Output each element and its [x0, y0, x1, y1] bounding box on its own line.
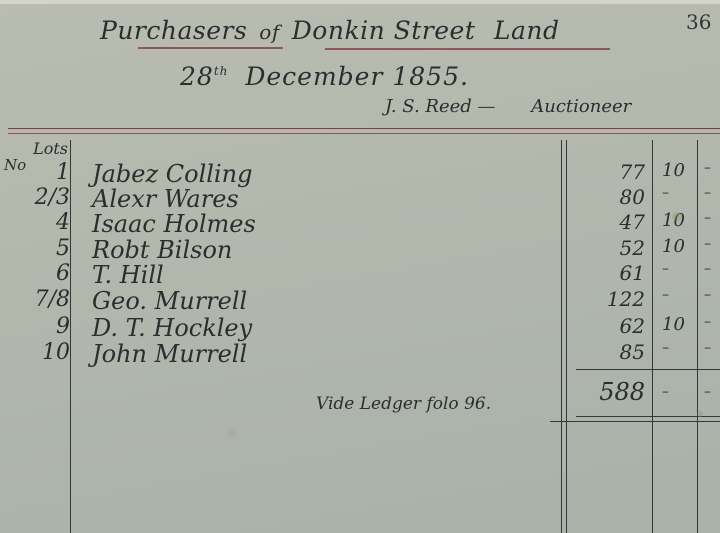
ledger-reference-note: Vide Ledger folo 96. — [316, 394, 491, 414]
purchaser-name: John Murrell — [92, 340, 247, 368]
amount-pounds: 77 — [620, 160, 645, 184]
purchaser-name: Alexr Wares — [92, 185, 239, 213]
title-word-purchasers: Purchasers — [100, 16, 247, 45]
purchase-row: 7/8 Geo. Murrell 122 – – — [0, 287, 720, 313]
purchaser-name: T. Hill — [92, 261, 164, 289]
amount-pence: – — [704, 185, 711, 201]
header-rule-bottom — [8, 133, 720, 134]
purchaser-name: Geo. Murrell — [92, 287, 247, 315]
auctioneer-name: J. S. Reed — [385, 96, 472, 117]
lot-number: 2/3 — [35, 185, 70, 210]
title-word-of: of — [259, 20, 279, 44]
lot-number: 4 — [56, 210, 70, 235]
amount-pounds: 80 — [620, 185, 645, 209]
amount-shillings: 10 — [662, 314, 685, 335]
paper-stain — [672, 212, 682, 221]
amount-pounds: 85 — [620, 340, 645, 364]
purchaser-name: Isaac Holmes — [92, 210, 256, 238]
paper-stain — [228, 430, 236, 437]
title-word-street: Donkin Street — [292, 16, 476, 45]
purchase-row: 10 John Murrell 85 – – — [0, 340, 720, 366]
amount-pence: – — [704, 210, 711, 226]
auctioneer-line: J. S. Reed — Auctioneer — [385, 96, 631, 117]
purchaser-name: D. T. Hockley — [92, 314, 252, 342]
amount-pence: – — [704, 314, 711, 330]
amount-pounds: 61 — [620, 261, 645, 285]
total-pence: – — [704, 384, 711, 400]
sum-rule — [576, 369, 720, 370]
purchase-row: 5 Robt Bilson 52 10 – — [0, 236, 720, 262]
purchase-row: 4 Isaac Holmes 47 10 – — [0, 210, 720, 236]
total-shillings: – — [662, 384, 669, 400]
purchase-row: 6 T. Hill 61 – – — [0, 261, 720, 287]
total-pounds: 588 — [599, 378, 645, 406]
purchaser-name: Jabez Colling — [92, 160, 252, 188]
sale-date: 28th December 1855. — [180, 62, 469, 91]
lot-number: 6 — [56, 261, 70, 286]
amount-shillings: – — [662, 185, 669, 201]
lots-header-label: Lots — [33, 139, 68, 158]
lot-number: 10 — [42, 340, 70, 365]
auctioneer-role: Auctioneer — [531, 96, 631, 117]
amount-pence: – — [704, 287, 711, 303]
amount-shillings: – — [662, 340, 669, 356]
amount-shillings: – — [662, 287, 669, 303]
page-title: PurchasersofDonkin Street Land — [100, 16, 559, 45]
purchase-row: 1 Jabez Colling 77 10 – — [0, 160, 720, 186]
title-word-land: Land — [494, 16, 560, 45]
total-double-rule-bottom — [550, 421, 720, 422]
amount-shillings: – — [662, 261, 669, 277]
amount-pounds: 62 — [620, 314, 645, 338]
header-rule-top — [8, 128, 720, 129]
amount-shillings: 10 — [662, 160, 685, 181]
paper-stain — [697, 411, 703, 417]
lot-number: 1 — [56, 160, 70, 185]
amount-pence: – — [704, 236, 711, 252]
amount-pence: – — [704, 160, 711, 176]
title-underline-2 — [325, 48, 610, 50]
lot-number: 9 — [56, 314, 70, 339]
purchase-row: 2/3 Alexr Wares 80 – – — [0, 185, 720, 211]
amount-pence: – — [704, 340, 711, 356]
purchase-row: 9 D. T. Hockley 62 10 – — [0, 314, 720, 340]
amount-pounds: 52 — [620, 236, 645, 260]
lots-header: Lots No — [20, 140, 68, 158]
lot-number: 5 — [56, 236, 70, 261]
date-day: 28 — [180, 62, 214, 91]
amount-pounds: 47 — [620, 210, 645, 234]
page-number: 36 — [686, 10, 711, 34]
amount-shillings: 10 — [662, 236, 685, 257]
lot-number: 7/8 — [35, 287, 70, 312]
amount-pounds: 122 — [607, 287, 645, 311]
date-suffix: th — [214, 64, 229, 78]
amount-pence: – — [704, 261, 711, 277]
page-top-edge — [0, 0, 720, 4]
date-month-year: December 1855. — [245, 62, 469, 91]
purchaser-name: Robt Bilson — [92, 236, 232, 264]
title-underline-1 — [138, 47, 283, 49]
